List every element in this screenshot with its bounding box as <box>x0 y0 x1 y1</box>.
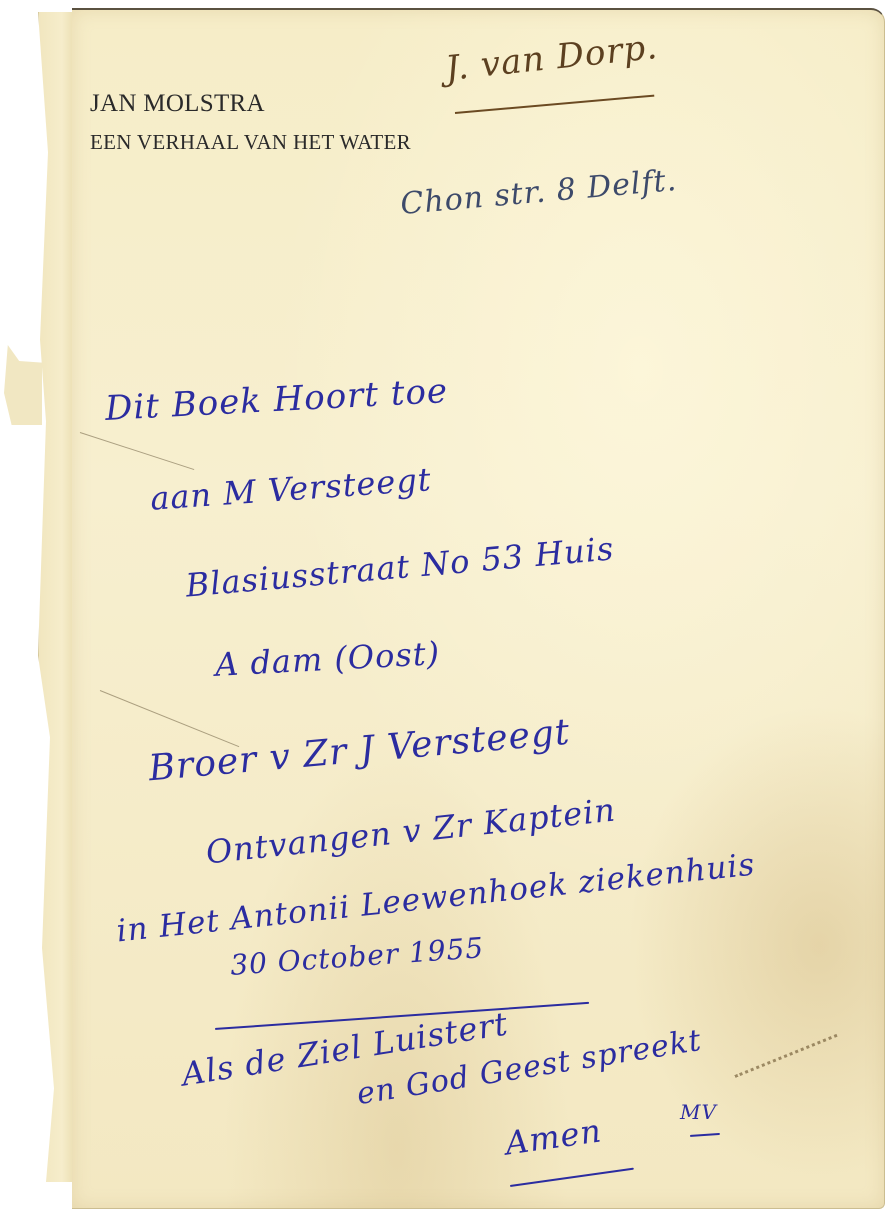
book-title: EEN VERHAAL VAN HET WATER <box>90 130 411 155</box>
initials: MV <box>680 1100 717 1124</box>
scanned-page: JAN MOLSTRA EEN VERHAAL VAN HET WATER J.… <box>0 0 890 1212</box>
book-author: JAN MOLSTRA <box>90 90 265 118</box>
torn-paper-scrap <box>4 345 42 425</box>
